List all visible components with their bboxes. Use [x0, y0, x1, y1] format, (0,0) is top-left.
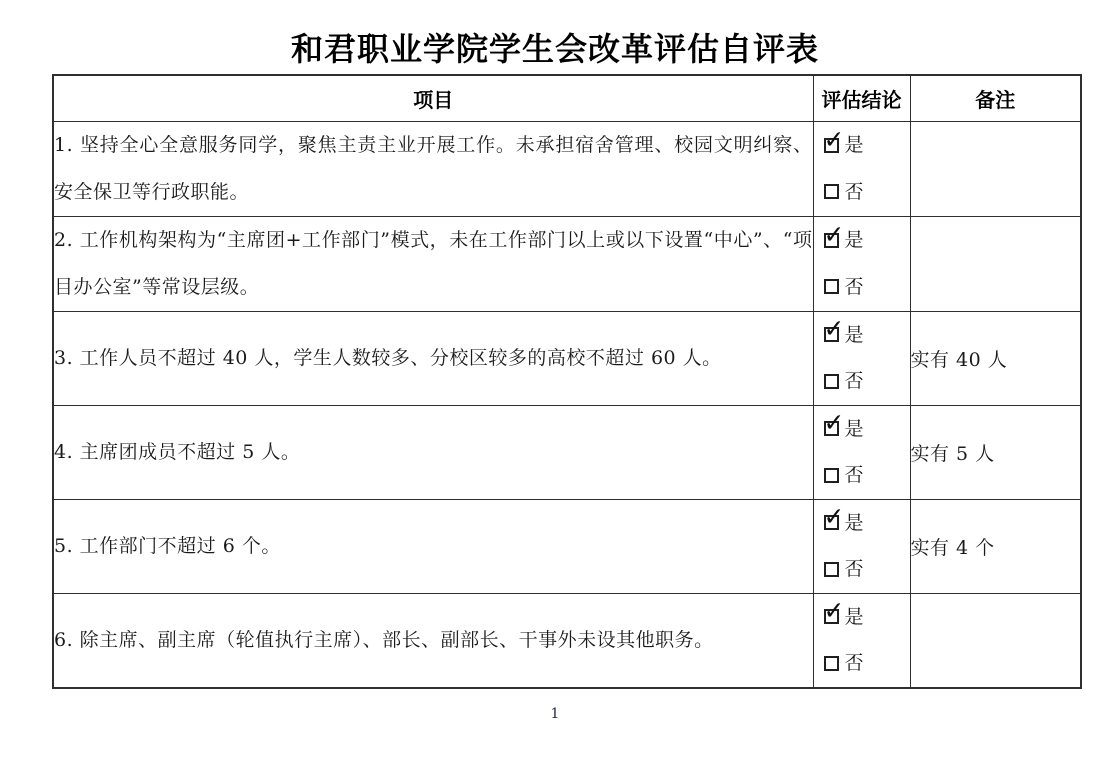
no-option: 否 — [824, 652, 864, 674]
no-label: 否 — [845, 181, 864, 203]
page-title: 和君职业学院学生会改革评估自评表 — [0, 0, 1110, 67]
yes-option: 是 — [824, 512, 864, 534]
remark-text-6 — [910, 593, 1081, 688]
conclusion-cell-3: 是 否 — [813, 311, 910, 405]
no-option: 否 — [824, 558, 864, 580]
no-checkbox[interactable] — [824, 184, 839, 199]
remark-text-5: 实有 4 个 — [910, 499, 1081, 593]
conclusion-cell-5: 是 否 — [813, 499, 910, 593]
remark-text-2 — [910, 216, 1081, 311]
yes-checkbox[interactable] — [824, 233, 839, 248]
header-conclusion: 评估结论 — [813, 75, 910, 121]
no-option: 否 — [824, 181, 864, 203]
yes-checkbox[interactable] — [824, 515, 839, 530]
item-text-3: 3. 工作人员不超过 40 人，学生人数较多、分校区较多的高校不超过 60 人。 — [53, 311, 813, 405]
no-label: 否 — [845, 558, 864, 580]
conclusion-cell-4: 是 否 — [813, 405, 910, 499]
yes-checkbox[interactable] — [824, 138, 839, 153]
no-checkbox[interactable] — [824, 374, 839, 389]
item-text-4: 4. 主席团成员不超过 5 人。 — [53, 405, 813, 499]
yes-label: 是 — [845, 606, 864, 628]
yes-label: 是 — [845, 512, 864, 534]
no-option: 否 — [824, 464, 864, 486]
yes-label: 是 — [845, 324, 864, 346]
table-row-2: 2. 工作机构架构为“主席团+工作部门”模式，未在工作部门以上或以下设置“中心”… — [53, 216, 1081, 311]
yes-label: 是 — [845, 134, 864, 156]
yes-option: 是 — [824, 418, 864, 440]
header-remark: 备注 — [910, 75, 1081, 121]
remark-text-4: 实有 5 人 — [910, 405, 1081, 499]
no-option: 否 — [824, 276, 864, 298]
table-row-3: 3. 工作人员不超过 40 人，学生人数较多、分校区较多的高校不超过 60 人。… — [53, 311, 1081, 405]
yes-option: 是 — [824, 134, 864, 156]
yes-label: 是 — [845, 418, 864, 440]
yes-option: 是 — [824, 229, 864, 251]
evaluation-table: 项目 评估结论 备注 1. 坚持全心全意服务同学，聚焦主责主业开展工作。未承担宿… — [52, 74, 1082, 689]
page-number: 1 — [0, 706, 1110, 722]
item-text-2: 2. 工作机构架构为“主席团+工作部门”模式，未在工作部门以上或以下设置“中心”… — [53, 216, 813, 311]
conclusion-cell-2: 是 否 — [813, 216, 910, 311]
yes-label: 是 — [845, 229, 864, 251]
no-label: 否 — [845, 276, 864, 298]
conclusion-cell-6: 是 否 — [813, 593, 910, 688]
yes-checkbox[interactable] — [824, 609, 839, 624]
no-checkbox[interactable] — [824, 562, 839, 577]
no-checkbox[interactable] — [824, 468, 839, 483]
remark-text-3: 实有 40 人 — [910, 311, 1081, 405]
table-row-4: 4. 主席团成员不超过 5 人。 是 否 实有 5 人 — [53, 405, 1081, 499]
table-row-1: 1. 坚持全心全意服务同学，聚焦主责主业开展工作。未承担宿舍管理、校园文明纠察、… — [53, 121, 1081, 216]
remark-text-1 — [910, 121, 1081, 216]
conclusion-cell-1: 是 否 — [813, 121, 910, 216]
no-checkbox[interactable] — [824, 656, 839, 671]
table-row-5: 5. 工作部门不超过 6 个。 是 否 实有 4 个 — [53, 499, 1081, 593]
item-text-5: 5. 工作部门不超过 6 个。 — [53, 499, 813, 593]
no-label: 否 — [845, 370, 864, 392]
no-checkbox[interactable] — [824, 279, 839, 294]
yes-option: 是 — [824, 606, 864, 628]
no-label: 否 — [845, 464, 864, 486]
item-text-6: 6. 除主席、副主席（轮值执行主席）、部长、副部长、干事外未设其他职务。 — [53, 593, 813, 688]
yes-checkbox[interactable] — [824, 421, 839, 436]
header-item: 项目 — [53, 75, 813, 121]
item-text-1: 1. 坚持全心全意服务同学，聚焦主责主业开展工作。未承担宿舍管理、校园文明纠察、… — [53, 121, 813, 216]
document-page: 和君职业学院学生会改革评估自评表 项目 评估结论 备注 1. 坚持全心全意服务同… — [0, 0, 1110, 772]
header-row: 项目 评估结论 备注 — [53, 75, 1081, 121]
no-label: 否 — [845, 652, 864, 674]
yes-option: 是 — [824, 324, 864, 346]
no-option: 否 — [824, 370, 864, 392]
yes-checkbox[interactable] — [824, 327, 839, 342]
table-row-6: 6. 除主席、副主席（轮值执行主席）、部长、副部长、干事外未设其他职务。 是 否 — [53, 593, 1081, 688]
